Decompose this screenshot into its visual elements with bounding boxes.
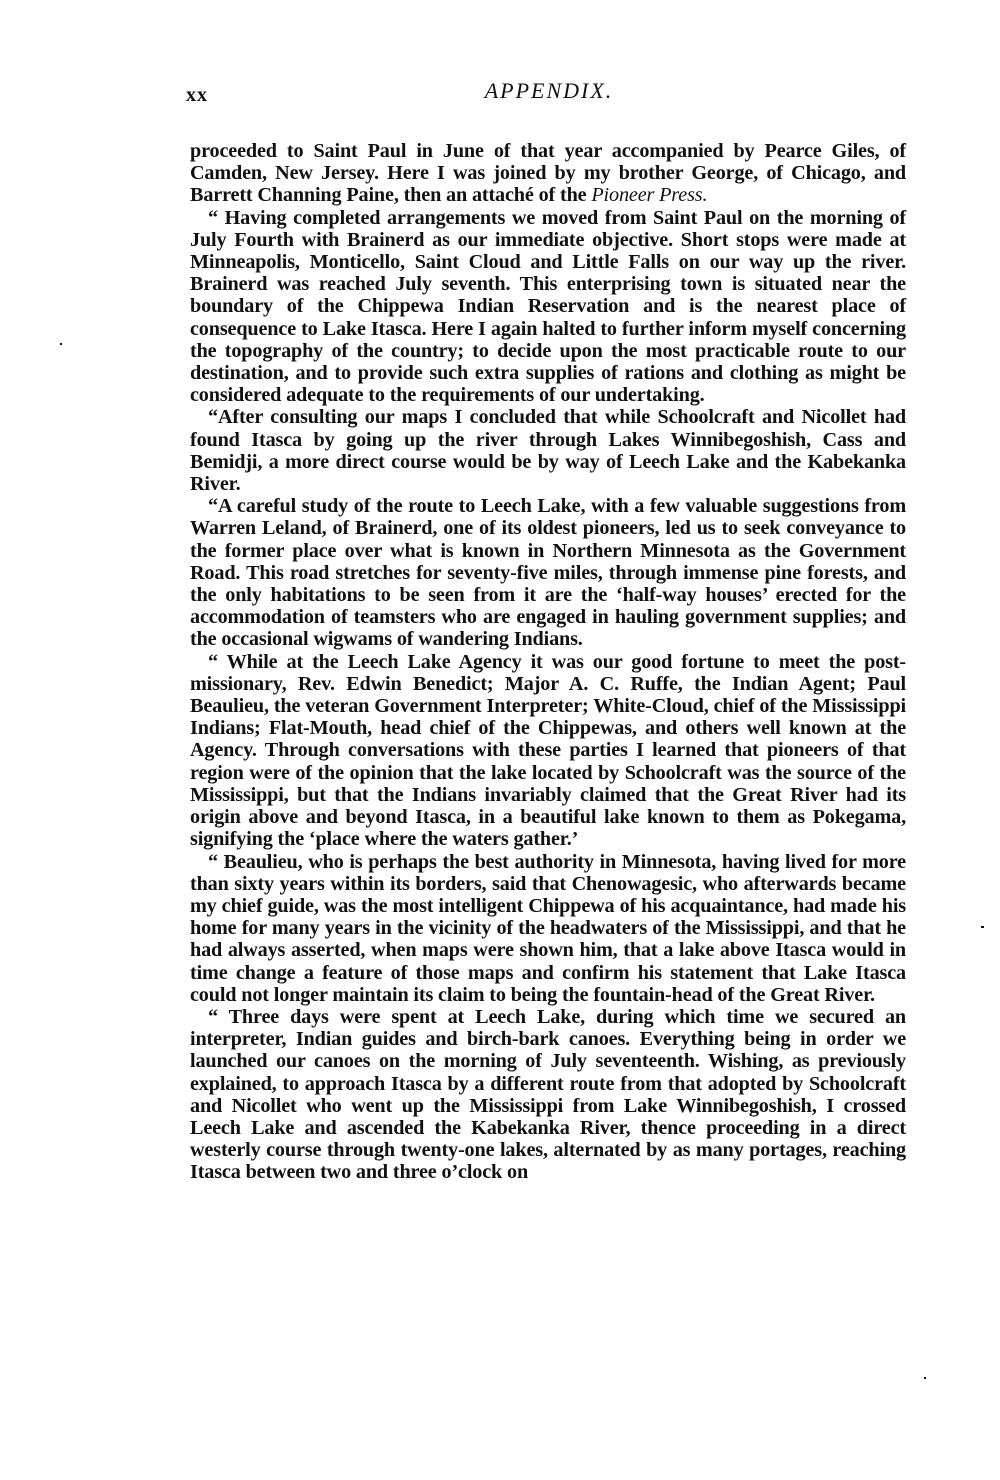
paragraph-text: “ While at the Leech Lake Agency it was … — [190, 651, 906, 851]
publication-title: Pioneer Press. — [591, 184, 707, 206]
paragraph-5: “ While at the Leech Lake Agency it was … — [190, 651, 906, 851]
paragraph-3: “After consulting our maps I concluded t… — [190, 406, 906, 495]
scan-speck — [924, 1377, 926, 1379]
paragraph-text: “A careful study of the route to Leech L… — [190, 495, 906, 650]
paragraph-7: “ Three days were spent at Leech Lake, d… — [190, 1006, 906, 1184]
paragraph-2: “ Having completed arrangements we moved… — [190, 207, 906, 407]
paragraph-6: “ Beaulieu, who is perhaps the best auth… — [190, 851, 906, 1006]
body-text: proceeded to Saint Paul in June of that … — [190, 140, 906, 1184]
running-head: APPENDIX. — [186, 78, 912, 104]
paragraph-1: proceeded to Saint Paul in June of that … — [190, 140, 906, 207]
scan-speck — [981, 926, 984, 928]
scan-speck — [60, 343, 62, 345]
paragraph-text: “After consulting our maps I concluded t… — [190, 406, 906, 495]
paragraph-text: “ Having completed arrangements we moved… — [190, 207, 906, 407]
page-header: xx APPENDIX. — [186, 78, 912, 112]
paragraph-text: proceeded to Saint Paul in June of that … — [190, 140, 906, 206]
paragraph-text: “ Beaulieu, who is perhaps the best auth… — [190, 851, 906, 1006]
paragraph-text: “ Three days were spent at Leech Lake, d… — [190, 1006, 906, 1183]
paragraph-4: “A careful study of the route to Leech L… — [190, 495, 906, 650]
